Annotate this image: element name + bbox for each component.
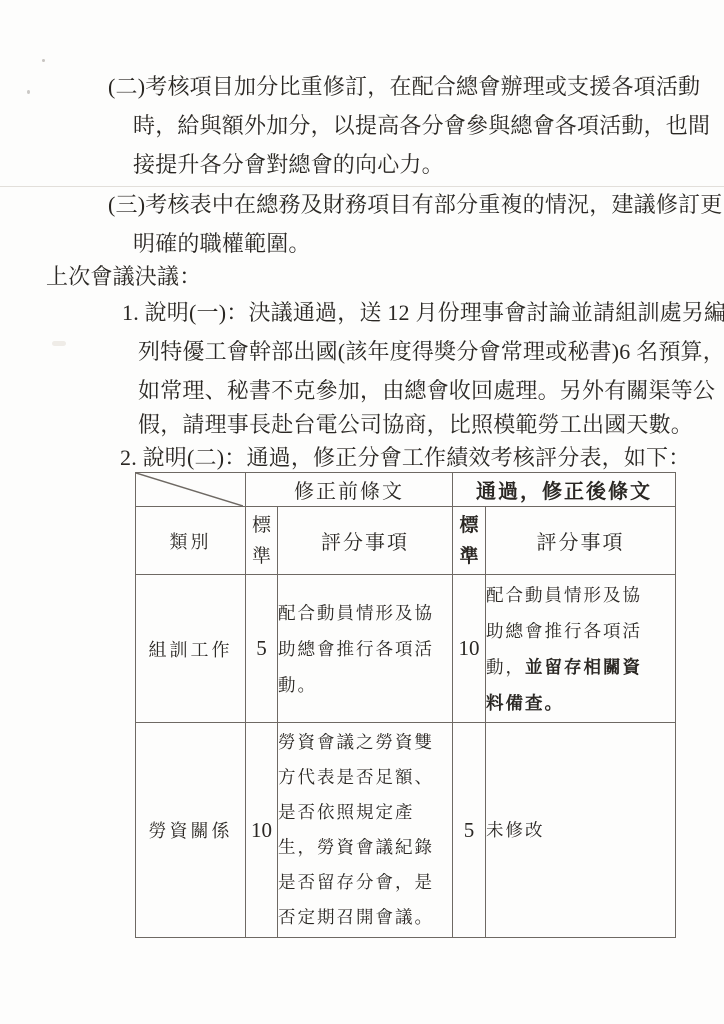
cell-line: 未修改 [486,813,675,848]
header-standard-after: 標準 [453,507,486,575]
cell-line: 是否依照規定產 [278,795,452,830]
resolution-one-line-3: 如常理、秘書不克參加，由總會收回處理。另外有關渠等公 [138,376,715,406]
row2-category: 勞資關係 [136,723,246,938]
corner-diagonal-line [136,473,243,506]
header-items-after: 評分事項 [486,507,676,575]
table-corner-cell [136,473,246,507]
row1-standard-before: 5 [246,575,278,723]
cell-line: 勞資會議之勞資雙 [278,725,452,760]
row2-items-before: 勞資會議之勞資雙 方代表是否足額、 是否依照規定產 生，勞資會議紀錄 是否留存分… [278,723,453,938]
scanned-document-page: (二)考核項目加分比重修訂，在配合總會辦理或支援各項活動 時，給與額外加分，以提… [0,0,724,1024]
resolution-two-line-1: 2. 說明(二)：通過，修正分會工作績效考核評分表，如下： [120,443,690,473]
cell-line: 否定期召開會議。 [278,900,452,935]
table-row-training: 組訓工作 5 配合動員情形及協 助總會推行各項活 動。 10 配合動員情形及協 … [136,575,676,723]
resolution-one-line-2: 列特優工會幹部出國(該年度得獎分會常理或秘書)6 名預算， [138,337,724,367]
col-group-before: 修正前條文 [246,473,453,507]
cell-line: 是否留存分會，是 [278,865,452,900]
resolution-one-line-4: 假，請理事長赴台電公司協商，比照模範勞工出國天數。 [138,410,693,440]
para-three-line-2: 明確的職權範圍。 [133,229,311,259]
scan-smudge-artifact [52,341,66,346]
row2-items-after: 未修改 [486,723,676,938]
para-two-line-2: 時，給與額外加分，以提高各分會參與總會各項活動，也間 [133,111,710,141]
resolution-one-line-1: 1. 說明(一)：決議通過，送 12 月份理事會討論並請組訓處另編 [122,298,724,328]
row2-standard-before: 10 [246,723,278,938]
cell-line: 助總會推行各項活 [486,613,675,649]
cell-line: 配合動員情形及協 [278,595,452,631]
para-two-line-1: (二)考核項目加分比重修訂，在配合總會辦理或支援各項活動 [108,72,700,102]
col-group-after: 通過，修正後條文 [453,473,676,507]
cell-line: 生，勞資會議紀錄 [278,830,452,865]
cell-line-bold: 料備查。 [486,685,675,721]
section-heading: 上次會議決議： [46,262,201,292]
row1-standard-after: 10 [453,575,486,723]
row1-items-before: 配合動員情形及協 助總會推行各項活 動。 [278,575,453,723]
row1-items-after: 配合動員情形及協 助總會推行各項活 動，並留存相關資 料備查。 [486,575,676,723]
scan-line-artifact [0,186,724,187]
header-items-before: 評分事項 [278,507,453,575]
cell-line: 動。 [278,667,452,703]
scan-speck [42,59,45,62]
scan-speck [27,90,30,94]
cell-line: 方代表是否足額、 [278,760,452,795]
row1-category: 組訓工作 [136,575,246,723]
score-revision-table: 修正前條文 通過，修正後條文 類別 標準 評分事項 標準 評分事項 組訓工作 5… [135,472,676,938]
header-category: 類別 [136,507,246,575]
header-standard-before: 標準 [246,507,278,575]
cell-text-bold: 並留存相關資 [525,657,642,677]
para-three-line-1: (三)考核表中在總務及財務項目有部分重複的情況，建議修訂更 [108,190,722,220]
table-header-row: 類別 標準 評分事項 標準 評分事項 [136,507,676,575]
para-two-line-3: 接提升各分會對總會的向心力。 [133,150,444,180]
cell-line: 動，並留存相關資 [486,649,675,685]
table-row-labor-relations: 勞資關係 10 勞資會議之勞資雙 方代表是否足額、 是否依照規定產 生，勞資會議… [136,723,676,938]
cell-text-normal: 動， [486,657,525,677]
cell-line: 助總會推行各項活 [278,631,452,667]
cell-line: 配合動員情形及協 [486,577,675,613]
row2-standard-after: 5 [453,723,486,938]
table-header-group-row: 修正前條文 通過，修正後條文 [136,473,676,507]
